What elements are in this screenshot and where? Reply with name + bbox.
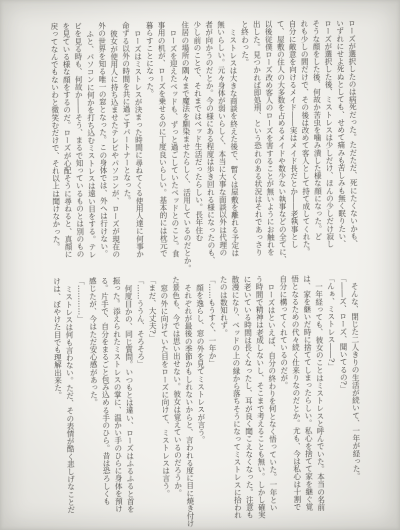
text-column: 無いらしい。元々身体が弱いらしく、本当に大事な面談以外は代理の xyxy=(215,21,229,257)
text-column: 以後従僕ローズ改め客人のローズを害することが無いようにお触れを xyxy=(262,20,276,256)
text-column: に老いている時間は長くなったし、耳が良く聞こえなくなった。注意も xyxy=(241,275,255,511)
text-column: 何度目かの、同じ質問。いつもとは違い、ローズはふるふると首を xyxy=(122,277,136,513)
text-band-top: ローズが選択したのは病死だった。ただただ、死にたくないかも、いずれにせよ死ぬとし… xyxy=(41,19,359,258)
text-column: ローズが選択したのは病死だった。ただただ、死にたくないかも、 xyxy=(346,19,360,255)
text-column: 「まだ、大丈夫?」 xyxy=(146,276,160,512)
text-column: 自分に構ってくれているのだが。 xyxy=(277,275,291,511)
text-column: ローズはといえば、自分の終わりを何となく悟っていた。一年とい xyxy=(265,275,279,511)
text-column: ローズはミストレスが決まった時間に尋ねてくる使用人達に何事か xyxy=(131,22,145,258)
text-band-bottom: そんな、閉じた二人きりの生活が続いて、一年が経った。「――ズ、ローズ、聞いてるの… xyxy=(44,274,362,513)
text-column: そんな、閉じた二人きりの生活が続いて、一年が経った。 xyxy=(348,274,362,510)
text-column: と終わった。 xyxy=(238,20,252,256)
text-column: る。片手で、自分をまるごと包み込める手のひら。昔は恐ろしくも xyxy=(98,277,112,513)
text-column: ミストレスは大きな商談を終えた後で、暫くは屋敷を離れる予定は xyxy=(226,21,240,257)
scanned-text-area: ローズが選択したのは病死だった。ただただ、死にたくないかも、いずれにせよ死ぬとし… xyxy=(0,0,400,530)
text-column: 彼女が使用人に持ち込ませたテレビやパソコンが、ローズが現在の xyxy=(107,22,121,258)
text-column: て、屋敷の住人の大多数を占めるメイドや数少ない執事などの全てに、 xyxy=(274,20,288,256)
text-column: う時間で精神は老成しないし、そこまで考えることも無い。しかし確実 xyxy=(253,275,267,511)
text-column: 命ずる以外の時間を共に過ごすパートナーとなった。 xyxy=(119,22,133,258)
text-column: ふと、パソコンに何かを打ち込むミストレスは遠い目をする。テレ xyxy=(84,22,98,258)
text-column: 感じたが、今はただ安心感があった。 xyxy=(86,277,100,513)
text-column: 事用の机が、ローズを乗せるのに丁度良いらしい。基本的には枕元で xyxy=(155,21,169,257)
text-column: 暮らすことになった。 xyxy=(143,21,157,257)
text-column: 「……ううん、そろそろ」 xyxy=(134,277,148,513)
text-column: 窓の外に向けていた目をローズに向けて、ミストレスは言う。 xyxy=(158,276,172,512)
text-column: 出した。見つかれば即処刑、という恐れのある状況はそれであっさり xyxy=(250,20,264,256)
book-page: ローズが選択したのは病死だった。ただただ、死にたくないかも、いずれにせよ死ぬとし… xyxy=(0,0,400,530)
text-column: 振った。添えられたミストレスの掌に、温かい手のひらに身体を預け xyxy=(110,277,124,513)
text-column: 外の世界を知る唯一の窓となった。この身体では、外へは行けない。 xyxy=(96,22,110,258)
text-column: 散漫になり、ベッドの上の縁から落ちそうになってミストレスに拾われ xyxy=(229,276,243,512)
